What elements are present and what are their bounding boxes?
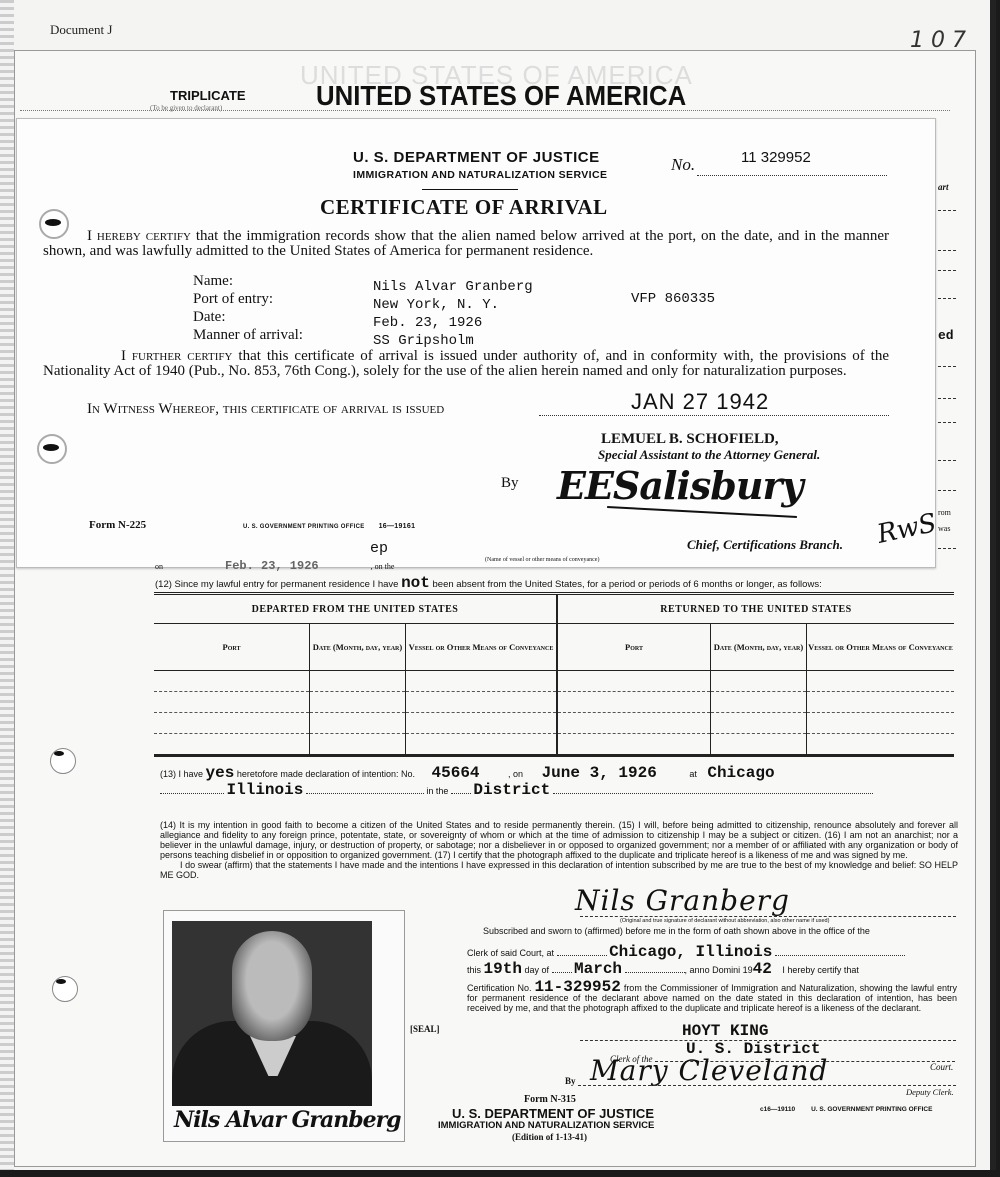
column-header: Vessel or Other Means of Conveyance xyxy=(807,624,955,671)
seal-label: [SEAL] xyxy=(410,1024,440,1034)
triplicate-label: TRIPLICATE xyxy=(170,88,246,103)
question-13-line2: Illinois in the District xyxy=(160,781,873,799)
document-label: Document J xyxy=(50,22,112,38)
day-value: 19th xyxy=(484,960,522,978)
field-label-manner: Manner of arrival: xyxy=(193,327,303,344)
edition-label: (Edition of 1-13-41) xyxy=(512,1132,587,1142)
column-header: Port xyxy=(557,624,711,671)
witness-line xyxy=(539,415,889,416)
field-label-name: Name: xyxy=(193,273,233,290)
departed-header: DEPARTED FROM THE UNITED STATES xyxy=(154,594,557,624)
court-label: Court. xyxy=(930,1062,953,1072)
form-main-title: UNITED STATES OF AMERICA xyxy=(316,80,686,112)
dotted-rule xyxy=(20,110,950,111)
swear-paragraph: I do swear (affirm) that the statements … xyxy=(160,860,958,880)
deputy-clerk-label: Deputy Clerk. xyxy=(906,1087,954,1097)
witness-text: In Witness Whereof, this certificate of … xyxy=(87,401,444,418)
issue-date-stamp: JAN 27 1942 xyxy=(631,389,769,415)
right-margin-fragments: art ed rom was xyxy=(938,130,958,570)
q12-answer: not xyxy=(401,574,430,592)
certify-paragraph: I hereby certify that the immigration re… xyxy=(43,229,889,259)
declarant-photograph: Nils Alvar Granberg xyxy=(163,910,405,1142)
subscribed-text: Subscribed and sworn to (affirmed) befor… xyxy=(483,926,958,936)
column-header: Date (Month, day, year) xyxy=(310,624,406,671)
field-value-port: New York, N. Y. xyxy=(373,297,499,314)
q13-answer: yes xyxy=(206,764,235,782)
table-row xyxy=(154,671,954,692)
punch-hole-icon xyxy=(50,748,76,774)
by-label: By xyxy=(565,1076,576,1086)
certificate-of-arrival: U. S. DEPARTMENT OF JUSTICE IMMIGRATION … xyxy=(16,118,936,568)
absence-table: DEPARTED FROM THE UNITED STATES RETURNED… xyxy=(154,592,954,757)
printing-office: U. S. GOVERNMENT PRINTING OFFICE16—19161 xyxy=(243,523,415,530)
signature-line xyxy=(580,916,956,917)
clerk-location-row: Clerk of said Court, at Chicago, Illinoi… xyxy=(467,943,905,961)
deputy-clerk-signature: Mary Cleveland xyxy=(590,1054,828,1087)
number-line xyxy=(697,175,887,176)
torn-edge xyxy=(0,0,14,1170)
declaration-city: Chicago xyxy=(707,764,774,782)
department-name: U. S. DEPARTMENT OF JUSTICE xyxy=(452,1106,654,1121)
clerk-name: HOYT KING xyxy=(682,1022,768,1040)
by-label: By xyxy=(501,475,519,492)
date-row: this 19th day of March , anno Domini 194… xyxy=(467,960,859,978)
year-value: 42 xyxy=(753,960,772,978)
column-header: Port xyxy=(154,624,310,671)
further-certify-paragraph: I further certify that this certificate … xyxy=(43,349,889,379)
salisbury-signature: EESalisbury xyxy=(557,463,803,508)
month-value: March xyxy=(574,960,622,978)
department-name: U. S. DEPARTMENT OF JUSTICE xyxy=(353,149,600,166)
typed-ep: ep xyxy=(370,540,388,557)
declarant-signature: Nils Granberg xyxy=(575,884,790,917)
clerk-location: Chicago, Illinois xyxy=(609,943,772,961)
table-row xyxy=(154,734,954,756)
printing-office: c16—19110U. S. GOVERNMENT PRINTING OFFIC… xyxy=(760,1106,932,1113)
column-header: Vessel or Other Means of Conveyance xyxy=(406,624,558,671)
punch-hole-icon xyxy=(52,976,78,1002)
returned-header: RETURNED TO THE UNITED STATES xyxy=(557,594,954,624)
field-value-name: Nils Alvar Granberg xyxy=(373,279,533,296)
number-label: No. xyxy=(671,155,695,175)
certification-paragraph: Certification No. 11-329952 from the Com… xyxy=(467,982,957,1013)
oath-paragraph: (14) It is my intention in good faith to… xyxy=(160,820,958,880)
column-header: Date (Month, day, year) xyxy=(711,624,807,671)
declaration-number: 45664 xyxy=(432,764,480,782)
document-page: Document J 1 0 7 ~ UNITED STATES OF AMER… xyxy=(0,0,996,1170)
declaration-state: Illinois xyxy=(227,781,304,799)
question-13: (13) I have yes heretofore made declarat… xyxy=(160,764,775,782)
divider xyxy=(422,189,518,190)
chief-title: Chief, Certifications Branch. xyxy=(687,537,843,553)
table-row xyxy=(154,692,954,713)
question-12: (12) Since my lawful entry for permanent… xyxy=(155,574,822,592)
signatory-title: Special Assistant to the Attorney Genera… xyxy=(598,447,820,463)
form-number: Form N-315 xyxy=(524,1094,576,1105)
punch-hole-icon xyxy=(37,434,67,464)
field-label-port: Port of entry: xyxy=(193,291,273,308)
handwritten-initials: RwS xyxy=(875,508,940,550)
service-name: IMMIGRATION AND NATURALIZATION SERVICE xyxy=(438,1120,654,1131)
declaration-court: District xyxy=(473,781,550,799)
service-name: IMMIGRATION AND NATURALIZATION SERVICE xyxy=(353,169,607,181)
certificate-title: CERTIFICATE OF ARRIVAL xyxy=(320,195,608,220)
form-number: Form N-225 xyxy=(89,519,146,531)
certificate-number: 11 329952 xyxy=(741,149,811,166)
signature-caption: (Original and true signature of declaran… xyxy=(620,918,829,924)
signatory-name: LEMUEL B. SCHOFIELD, xyxy=(601,431,779,448)
table-row xyxy=(154,713,954,734)
portrait-image xyxy=(172,921,372,1106)
vfp-number: VFP 860335 xyxy=(631,291,715,307)
photo-signature: Nils Alvar Granberg xyxy=(174,1107,401,1133)
declaration-date: June 3, 1926 xyxy=(542,764,657,782)
arrival-date-row: on Feb. 23, 1926 , on the (Name of vesse… xyxy=(155,559,945,573)
field-value-date: Feb. 23, 1926 xyxy=(373,315,482,332)
field-label-date: Date: xyxy=(193,309,225,326)
